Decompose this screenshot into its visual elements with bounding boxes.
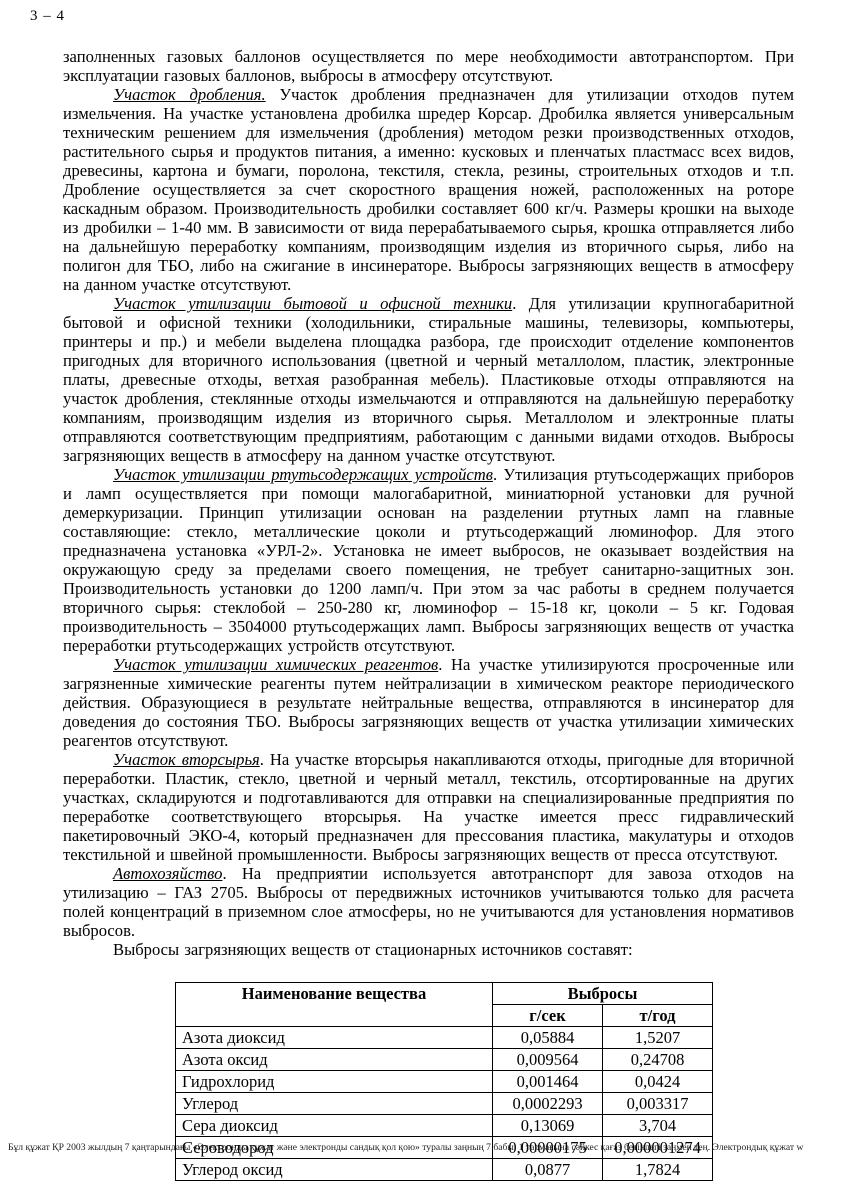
paragraph: Участок утилизации химических реагентов.… bbox=[63, 655, 794, 750]
value-tyear-cell: 1,5207 bbox=[603, 1027, 713, 1049]
value-gsec-cell: 0,0877 bbox=[493, 1159, 603, 1181]
section-heading-rtut-ustroystva: Участок утилизации ртутьсодержащих устро… bbox=[113, 465, 493, 484]
section-heading-bytovaya-tekhnika: Участок утилизации бытовой и офисной тех… bbox=[113, 294, 512, 313]
page-number: 3 – 4 bbox=[30, 8, 65, 25]
value-gsec-cell: 0,05884 bbox=[493, 1027, 603, 1049]
table-header-row: Наименование вещества Выбросы bbox=[176, 983, 713, 1005]
value-tyear-cell: 0,24708 bbox=[603, 1049, 713, 1071]
value-tyear-cell: 0,0424 bbox=[603, 1071, 713, 1093]
paragraph: Участок утилизации бытовой и офисной тех… bbox=[63, 294, 794, 465]
paragraph-text: Участок дробления предназначен для утили… bbox=[63, 85, 794, 294]
footer-legal-note: Бұл құжат ҚР 2003 жылдың 7 қаңтарындағы … bbox=[8, 1142, 850, 1154]
paragraph: Участок дробления. Участок дробления пре… bbox=[63, 85, 794, 294]
paragraph: Автохозяйство. На предприятии использует… bbox=[63, 864, 794, 940]
value-gsec-cell: 0,0002293 bbox=[493, 1093, 603, 1115]
value-tyear-cell: 1,7824 bbox=[603, 1159, 713, 1181]
table-row: Углерод 0,0002293 0,003317 bbox=[176, 1093, 713, 1115]
value-gsec-cell: 0,13069 bbox=[493, 1115, 603, 1137]
table-row: Азота диоксид 0,05884 1,5207 bbox=[176, 1027, 713, 1049]
table-row: Гидрохлорид 0,001464 0,0424 bbox=[176, 1071, 713, 1093]
table-row: Азота оксид 0,009564 0,24708 bbox=[176, 1049, 713, 1071]
value-tyear-cell: 3,704 bbox=[603, 1115, 713, 1137]
substance-name-cell: Азота диоксид bbox=[176, 1027, 493, 1049]
section-heading-vtorsyrye: Участок вторсырья bbox=[113, 750, 260, 769]
value-gsec-cell: 0,009564 bbox=[493, 1049, 603, 1071]
value-gsec-cell: 0,001464 bbox=[493, 1071, 603, 1093]
header-emissions-group: Выбросы bbox=[493, 983, 713, 1005]
table-intro: Выбросы загрязняющих веществ от стациона… bbox=[63, 940, 794, 959]
table-row: Сера диоксид 0,13069 3,704 bbox=[176, 1115, 713, 1137]
substance-name-cell: Углерод bbox=[176, 1093, 493, 1115]
header-substance: Наименование вещества bbox=[176, 983, 493, 1027]
value-tyear-cell: 0,003317 bbox=[603, 1093, 713, 1115]
substance-name-cell: Углерод оксид bbox=[176, 1159, 493, 1181]
table-row: Углерод оксид 0,0877 1,7824 bbox=[176, 1159, 713, 1181]
substance-name-cell: Азота оксид bbox=[176, 1049, 493, 1071]
document-body: заполненных газовых баллонов осуществляе… bbox=[63, 47, 794, 1181]
substance-name-cell: Гидрохлорид bbox=[176, 1071, 493, 1093]
substance-name-cell: Сера диоксид bbox=[176, 1115, 493, 1137]
paragraph-text: . Для утилизации крупногабаритной бытово… bbox=[63, 294, 794, 465]
section-heading-khim-reagenty: Участок утилизации химических реагентов bbox=[113, 655, 438, 674]
paragraph: Участок утилизации ртутьсодержащих устро… bbox=[63, 465, 794, 655]
paragraph-text: . Утилизация ртутьсодержащих приборов и … bbox=[63, 465, 794, 655]
paragraph: заполненных газовых баллонов осуществляе… bbox=[63, 47, 794, 85]
paragraph: Участок вторсырья. На участке вторсырья … bbox=[63, 750, 794, 864]
section-heading-drobleniye: Участок дробления. bbox=[113, 85, 266, 104]
section-heading-avtokhozyaystvo: Автохозяйство bbox=[113, 864, 222, 883]
header-unit-gsec: г/сек bbox=[493, 1005, 603, 1027]
header-unit-tyear: т/год bbox=[603, 1005, 713, 1027]
